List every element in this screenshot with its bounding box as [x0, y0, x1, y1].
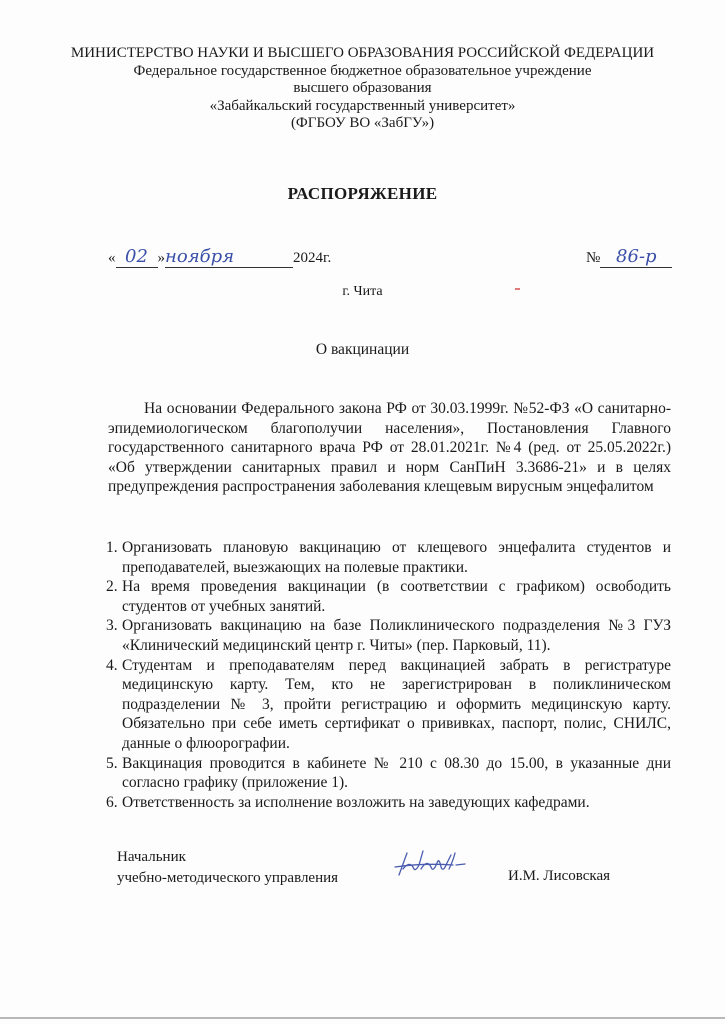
institution-level: высшего образования	[0, 80, 725, 98]
order-text: Ответственность за исполнение возложить …	[122, 794, 590, 811]
university-abbreviation: (ФГБОУ ВО «ЗабГУ»)	[0, 115, 725, 133]
order-number: 1.	[106, 538, 118, 558]
order-number: 6.	[106, 793, 118, 813]
order-item: 5. Вакцинация проводится в кабинете № 21…	[108, 754, 671, 793]
signatory-position: Начальник учебно-методического управлени…	[117, 847, 338, 889]
date-day-field: 02	[116, 246, 158, 268]
order-item: 1.Организовать плановую вакцинацию от кл…	[108, 538, 671, 577]
order-number: 2.	[106, 577, 118, 597]
signatory-position-line1: Начальник	[117, 847, 338, 868]
order-text: Студентам и преподавателям перед вакцина…	[122, 657, 671, 752]
order-text: Организовать вакцинацию на базе Поликлин…	[122, 617, 671, 654]
date-month-handwritten: ноября	[165, 246, 234, 267]
order-number: 4.	[106, 656, 118, 676]
document-type-title: РАСПОРЯЖЕНИЕ	[0, 184, 725, 204]
signatory-position-line2: учебно-методического управления	[117, 868, 338, 889]
university-name: «Забайкальский государственный университ…	[0, 98, 725, 116]
page-bottom-edge	[0, 1017, 725, 1019]
order-text: На время проведения вакцинации (в соотве…	[122, 578, 671, 615]
date-close-quote: »	[158, 250, 166, 266]
date-year: 2024г.	[293, 250, 331, 266]
organization-header: МИНИСТЕРСТВО НАУКИ И ВЫСШЕГО ОБРАЗОВАНИЯ…	[0, 45, 725, 133]
document-subject: О вакцинации	[0, 341, 725, 359]
order-text: Организовать плановую вакцинацию от клещ…	[122, 539, 671, 576]
order-item: 4.Студентам и преподавателям перед вакци…	[108, 656, 671, 754]
number-field: 86-р	[600, 246, 672, 268]
preamble-paragraph: На основании Федерального закона РФ от 3…	[108, 399, 671, 497]
order-text: Вакцинация проводится в кабинете № 210 с…	[122, 755, 671, 792]
number-handwritten: 86-р	[616, 246, 657, 267]
order-item: 6.Ответственность за исполнение возложит…	[108, 793, 671, 813]
ministry-name: МИНИСТЕРСТВО НАУКИ И ВЫСШЕГО ОБРАЗОВАНИЯ…	[0, 45, 725, 63]
order-item: 2.На время проведения вакцинации (в соот…	[108, 577, 671, 616]
handwritten-signature-icon	[393, 843, 468, 883]
date-open-quote: «	[108, 250, 116, 266]
order-number: 5.	[106, 754, 118, 774]
orders-list: 1.Организовать плановую вакцинацию от кл…	[108, 538, 671, 812]
order-number: 3.	[106, 616, 118, 636]
stray-mark	[515, 288, 520, 290]
document-number: №86-р	[586, 246, 672, 268]
document-date: «02»ноября2024г.	[108, 246, 331, 268]
signatory-name: И.М. Лисовская	[508, 868, 610, 885]
document-city: г. Чита	[0, 284, 725, 300]
date-day-handwritten: 02	[125, 246, 148, 267]
institution-type: Федеральное государственное бюджетное об…	[0, 63, 725, 81]
order-item: 3.Организовать вакцинацию на базе Поликл…	[108, 616, 671, 655]
number-label: №	[586, 250, 600, 266]
date-month-field: ноября	[165, 246, 293, 268]
document-page: МИНИСТЕРСТВО НАУКИ И ВЫСШЕГО ОБРАЗОВАНИЯ…	[0, 0, 725, 1024]
